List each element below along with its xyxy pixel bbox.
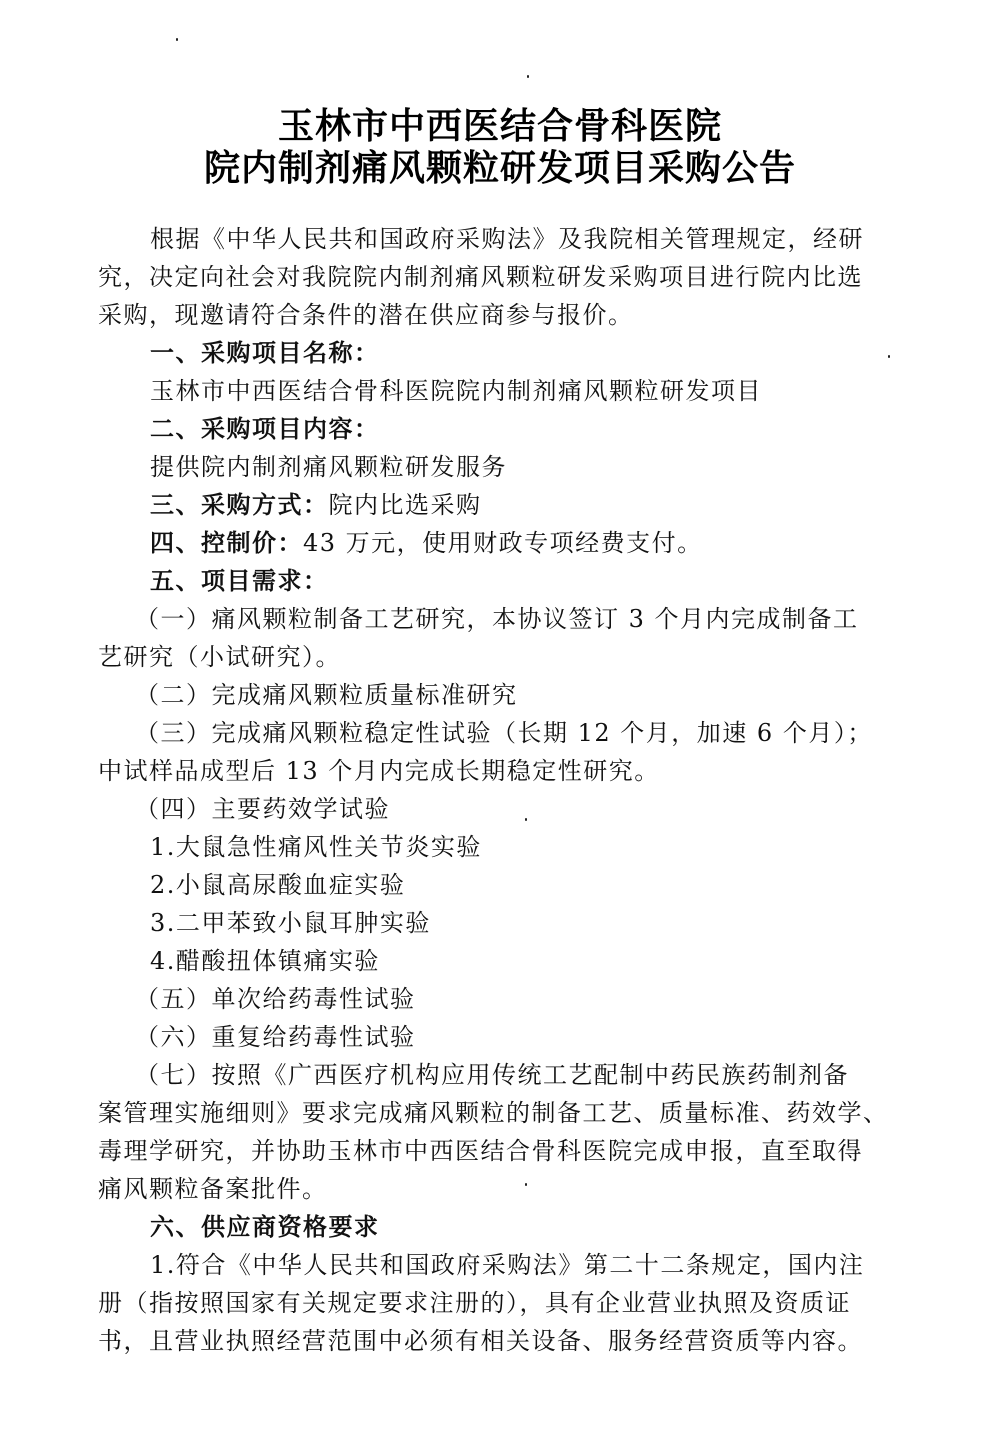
scan-speck (525, 818, 527, 821)
section-4-heading: 四、控制价： (150, 529, 303, 557)
pharmacology-test-2: 2.小鼠高尿酸血症实验 (150, 866, 960, 904)
section-3-heading: 三、采购方式： (150, 491, 329, 519)
requirement-2: （二）完成痛风颗粒质量标准研究 (135, 676, 945, 714)
section-1-heading: 一、采购项目名称： (150, 334, 960, 372)
requirement-4: （四）主要药效学试验 (135, 790, 945, 828)
section-2-heading: 二、采购项目内容： (150, 410, 960, 448)
requirement-7-line-3: 毒理学研究，并协助玉林市中西医结合骨科医院完成申报，直至取得 (98, 1132, 908, 1170)
requirement-1-line-2: 艺研究（小试研究）。 (98, 638, 908, 676)
requirement-3-line-2: 中试样品成型后 13 个月内完成长期稳定性研究。 (98, 752, 908, 790)
section-3-body: 院内比选采购 (329, 491, 482, 519)
pharmacology-test-4: 4.醋酸扭体镇痛实验 (150, 942, 960, 980)
pharmacology-test-3: 3.二甲苯致小鼠耳肿实验 (150, 904, 960, 942)
qualification-1-line-2: 册（指按照国家有关规定要求注册的），具有企业营业执照及资质证 (98, 1284, 908, 1322)
section-4-body: 43 万元，使用财政专项经费支付。 (303, 529, 703, 557)
section-3: 三、采购方式：院内比选采购 (150, 486, 960, 524)
requirement-5: （五）单次给药毒性试验 (135, 980, 945, 1018)
qualification-1-line-3: 书，且营业执照经营范围中必须有相关设备、服务经营资质等内容。 (98, 1322, 908, 1360)
section-5-heading: 五、项目需求： (150, 562, 960, 600)
requirement-3-line-1: （三）完成痛风颗粒稳定性试验（长期 12 个月，加速 6 个月）； (135, 714, 945, 752)
intro-line-2: 究，决定向社会对我院院内制剂痛风颗粒研发采购项目进行院内比选 (98, 258, 908, 296)
section-2-body: 提供院内制剂痛风颗粒研发服务 (150, 448, 960, 486)
pharmacology-test-1: 1.大鼠急性痛风性关节炎实验 (150, 828, 960, 866)
intro-line-3: 采购，现邀请符合条件的潜在供应商参与报价。 (98, 296, 908, 334)
qualification-1-line-1: 1.符合《中华人民共和国政府采购法》第二十二条规定，国内注 (150, 1246, 960, 1284)
scan-speck (527, 75, 529, 78)
scan-speck (176, 38, 178, 41)
document-title-line2: 院内制剂痛风颗粒研发项目采购公告 (0, 140, 1000, 191)
requirement-1-line-1: （一）痛风颗粒制备工艺研究，本协议签订 3 个月内完成制备工 (135, 600, 945, 638)
scan-speck (525, 1183, 527, 1186)
scan-speck (888, 355, 890, 358)
section-1-body: 玉林市中西医结合骨科医院院内制剂痛风颗粒研发项目 (150, 372, 960, 410)
requirement-6: （六）重复给药毒性试验 (135, 1018, 945, 1056)
section-4: 四、控制价：43 万元，使用财政专项经费支付。 (150, 524, 960, 562)
requirement-7-line-1: （七）按照《广西医疗机构应用传统工艺配制中药民族药制剂备 (135, 1056, 945, 1094)
intro-line-1: 根据《中华人民共和国政府采购法》及我院相关管理规定，经研 (150, 220, 960, 258)
section-6-heading: 六、供应商资格要求 (150, 1208, 960, 1246)
requirement-7-line-2: 案管理实施细则》要求完成痛风颗粒的制备工艺、质量标准、药效学、 (98, 1094, 908, 1132)
requirement-7-line-4: 痛风颗粒备案批件。 (98, 1170, 908, 1208)
